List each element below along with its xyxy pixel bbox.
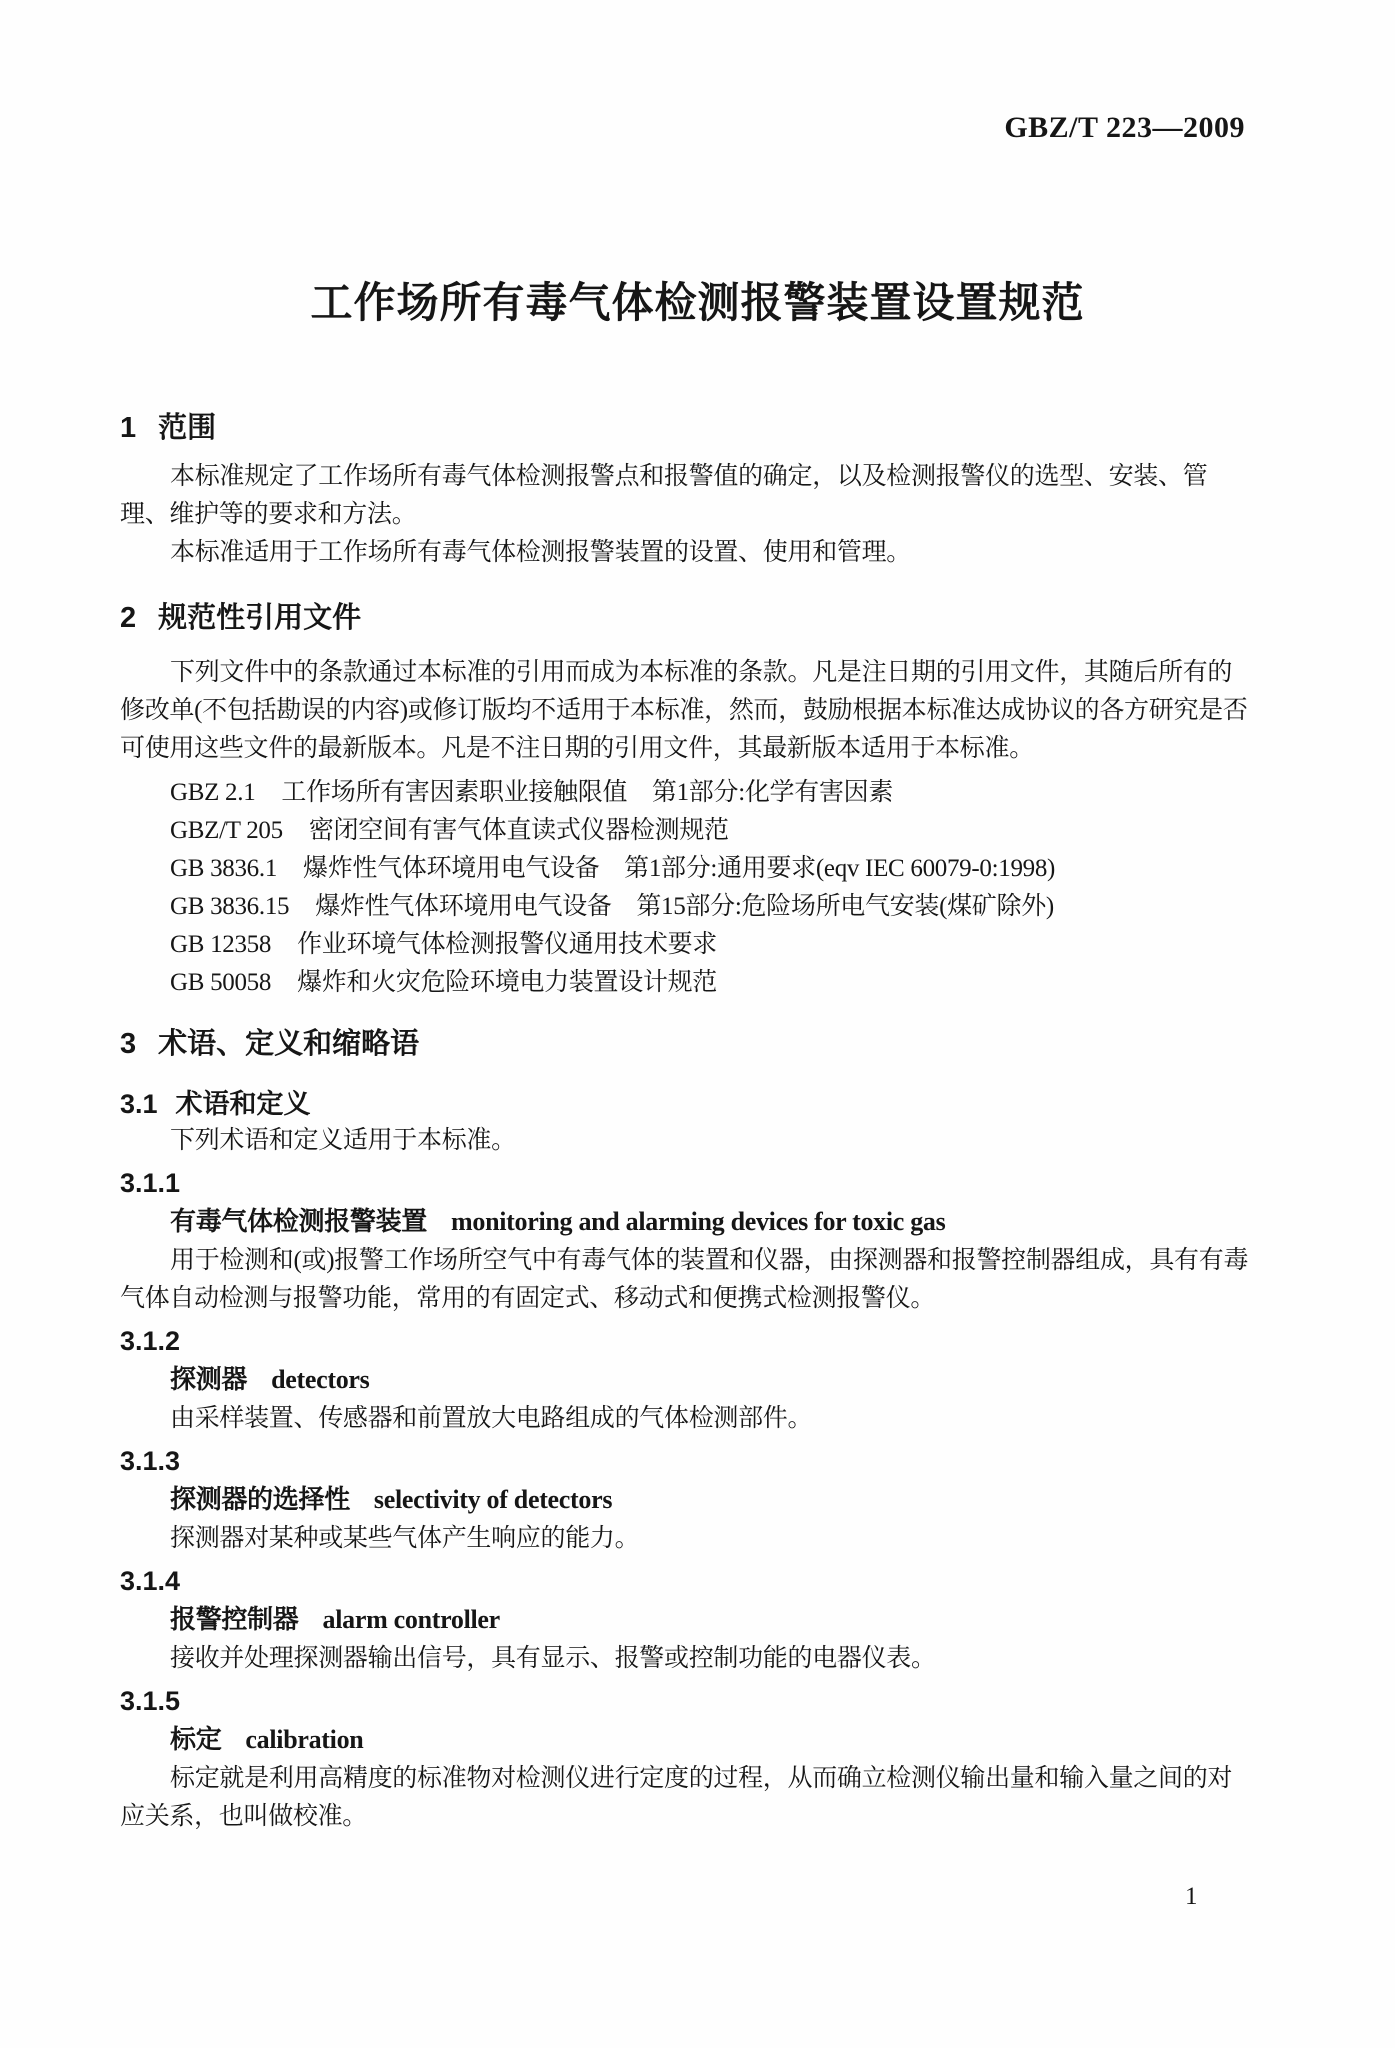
reference-item: GBZ 2.1工作场所有害因素职业接触限值 第1部分:化学有害因素 (120, 774, 1250, 812)
reference-title: 密闭空间有害气体直读式仪器检测规范 (309, 817, 729, 844)
term-clause-number: 3.1.3 (120, 1442, 1250, 1480)
reference-item: GBZ/T 205密闭空间有害气体直读式仪器检测规范 (120, 812, 1250, 850)
term-clause-number: 3.1.1 (120, 1164, 1250, 1202)
term-clause-number: 3.1.4 (120, 1562, 1250, 1600)
term-english: selectivity of detectors (374, 1485, 612, 1514)
term-chinese: 标定 (170, 1724, 221, 1754)
document-title: 工作场所有毒气体检测报警装置设置规范 (0, 280, 1395, 326)
reference-title: 作业环境气体检测报警仪通用技术要求 (297, 931, 717, 958)
term-chinese: 有毒气体检测报警装置 (170, 1206, 427, 1236)
reference-code: GB 3836.1 (170, 855, 277, 882)
paragraph: 下列文件中的条款通过本标准的引用而成为本标准的条款。凡是注日期的引用文件，其随后… (120, 654, 1250, 768)
term-chinese: 探测器 (170, 1364, 247, 1394)
reference-item: GB 12358作业环境气体检测报警仪通用技术要求 (120, 926, 1250, 964)
document-body: 1范围 本标准规定了工作场所有毒气体检测报警点和报警值的确定，以及检测报警仪的选… (0, 410, 1395, 1836)
reference-title: 爆炸和火灾危险环境电力装置设计规范 (297, 969, 717, 996)
term-definition: 探测器对某种或某些气体产生响应的能力。 (120, 1520, 1250, 1558)
term-english: calibration (245, 1725, 363, 1754)
reference-code: GBZ/T 205 (170, 817, 283, 844)
term-definition: 由采样装置、传感器和前置放大电路组成的气体检测部件。 (120, 1400, 1250, 1438)
term-line: 报警控制器alarm controller (120, 1600, 1250, 1640)
page-number: 1 (1185, 1882, 1198, 1912)
term-line: 探测器detectors (120, 1360, 1250, 1400)
reference-list: GBZ 2.1工作场所有害因素职业接触限值 第1部分:化学有害因素 GBZ/T … (120, 774, 1250, 1002)
reference-title: 工作场所有害因素职业接触限值 第1部分:化学有害因素 (281, 779, 893, 806)
section-heading-normative-references: 2规范性引用文件 (120, 600, 1250, 636)
term-definition: 接收并处理探测器输出信号，具有显示、报警或控制功能的电器仪表。 (120, 1640, 1250, 1678)
subsection-number: 3.1 (120, 1089, 158, 1119)
term-chinese: 探测器的选择性 (170, 1484, 350, 1514)
term-english: monitoring and alarming devices for toxi… (451, 1207, 945, 1236)
reference-code: GBZ 2.1 (170, 779, 255, 806)
term-english: alarm controller (323, 1605, 500, 1634)
section-label: 范围 (158, 412, 216, 444)
subsection-label: 术语和定义 (176, 1089, 311, 1119)
reference-code: GB 50058 (170, 969, 271, 996)
paragraph: 下列术语和定义适用于本标准。 (120, 1122, 1250, 1160)
reference-title: 爆炸性气体环境用电气设备 第15部分:危险场所电气安装(煤矿除外) (315, 893, 1054, 920)
reference-code: GB 3836.15 (170, 893, 289, 920)
document-page: GBZ/T 223—2009 工作场所有毒气体检测报警装置设置规范 1范围 本标… (0, 0, 1395, 2048)
term-definition: 用于检测和(或)报警工作场所空气中有毒气体的装置和仪器，由探测器和报警控制器组成… (120, 1242, 1250, 1318)
section-number: 2 (120, 602, 136, 634)
term-line: 探测器的选择性selectivity of detectors (120, 1480, 1250, 1520)
reference-title: 爆炸性气体环境用电气设备 第1部分:通用要求(eqv IEC 60079-0:1… (303, 855, 1055, 882)
term-line: 标定calibration (120, 1720, 1250, 1760)
standard-code: GBZ/T 223—2009 (0, 0, 1395, 144)
section-number: 3 (120, 1028, 136, 1060)
reference-item: GB 3836.1爆炸性气体环境用电气设备 第1部分:通用要求(eqv IEC … (120, 850, 1250, 888)
term-definition: 标定就是利用高精度的标准物对检测仪进行定度的过程，从而确立检测仪输出量和输入量之… (120, 1760, 1250, 1836)
term-english: detectors (271, 1365, 369, 1394)
reference-item: GB 3836.15爆炸性气体环境用电气设备 第15部分:危险场所电气安装(煤矿… (120, 888, 1250, 926)
term-line: 有毒气体检测报警装置monitoring and alarming device… (120, 1202, 1250, 1242)
paragraph: 本标准适用于工作场所有毒气体检测报警装置的设置、使用和管理。 (120, 534, 1250, 572)
term-clause-number: 3.1.2 (120, 1322, 1250, 1360)
reference-item: GB 50058爆炸和火灾危险环境电力装置设计规范 (120, 964, 1250, 1002)
section-heading-scope: 1范围 (120, 410, 1250, 446)
reference-code: GB 12358 (170, 931, 271, 958)
paragraph: 本标准规定了工作场所有毒气体检测报警点和报警值的确定，以及检测报警仪的选型、安装… (120, 458, 1250, 534)
term-clause-number: 3.1.5 (120, 1682, 1250, 1720)
section-label: 术语、定义和缩略语 (158, 1028, 419, 1060)
term-chinese: 报警控制器 (170, 1604, 299, 1634)
subsection-heading-terms-definitions: 3.1术语和定义 (120, 1086, 1250, 1122)
section-heading-terms: 3术语、定义和缩略语 (120, 1026, 1250, 1062)
section-label: 规范性引用文件 (158, 602, 361, 634)
section-number: 1 (120, 412, 136, 444)
